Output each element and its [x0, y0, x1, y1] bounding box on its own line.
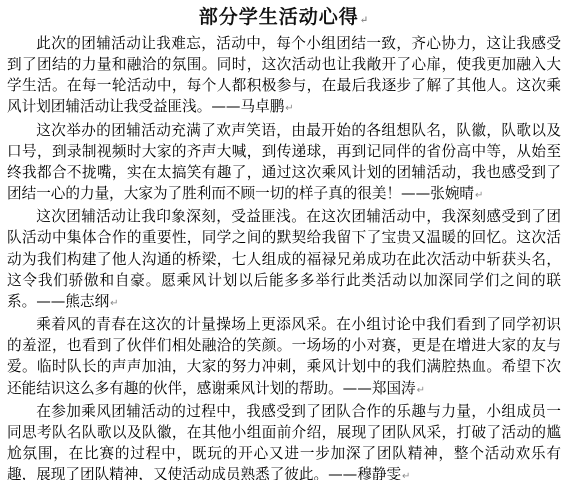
paragraph-text: 此次的团辅活动让我难忘，活动中，每个小组团结一致，齐心协力，这让我感受到了团结的…: [7, 35, 561, 115]
paragraph-2: 这次举办的团辅活动充满了欢声笑语，由最开始的各组想队名，队徽，队歌以及口号，到录…: [7, 120, 561, 207]
paragraph-4: 乘着风的青春在这次的计量操场上更添风采。在小组讨论中我们看到了同学初识的羞涩，也…: [7, 314, 561, 401]
paragraph-mark-icon: ↵: [402, 471, 410, 480]
document-title: 部分学生活动心得↵: [0, 4, 568, 34]
document-body: 此次的团辅活动让我难忘，活动中，每个小组团结一致，齐心协力，这让我感受到了团结的…: [7, 33, 561, 480]
paragraph-3: 这次团辅活动让我印象深刻，受益匪浅。在这次团辅活动中，我深刻感受到了团队活动中集…: [7, 206, 561, 314]
paragraph-text: 乘着风的青春在这次的计量操场上更添风采。在小组讨论中我们看到了同学初识的羞涩，也…: [7, 316, 561, 396]
document-page: 部分学生活动心得↵ 此次的团辅活动让我难忘，活动中，每个小组团结一致，齐心协力，…: [0, 0, 568, 480]
paragraph-text: 在参加乘风团辅活动的过程中，我感受到了团队合作的乐趣与力量，小组成员一同思考队名…: [7, 403, 561, 480]
paragraph-text: 这次团辅活动让我印象深刻，受益匪浅。在这次团辅活动中，我深刻感受到了团队活动中集…: [7, 208, 561, 310]
paragraph-mark-icon: ↵: [110, 298, 118, 309]
paragraph-mark-icon: ↵: [360, 15, 369, 26]
paragraph-1: 此次的团辅活动让我难忘，活动中，每个小组团结一致，齐心协力，这让我感受到了团结的…: [7, 33, 561, 120]
title-text: 部分学生活动心得: [199, 6, 359, 28]
paragraph-mark-icon: ↵: [285, 103, 293, 114]
paragraph-5: 在参加乘风团辅活动的过程中，我感受到了团队合作的乐趣与力量，小组成员一同思考队名…: [7, 401, 561, 480]
paragraph-mark-icon: ↵: [475, 190, 483, 201]
paragraph-mark-icon: ↵: [417, 385, 425, 396]
